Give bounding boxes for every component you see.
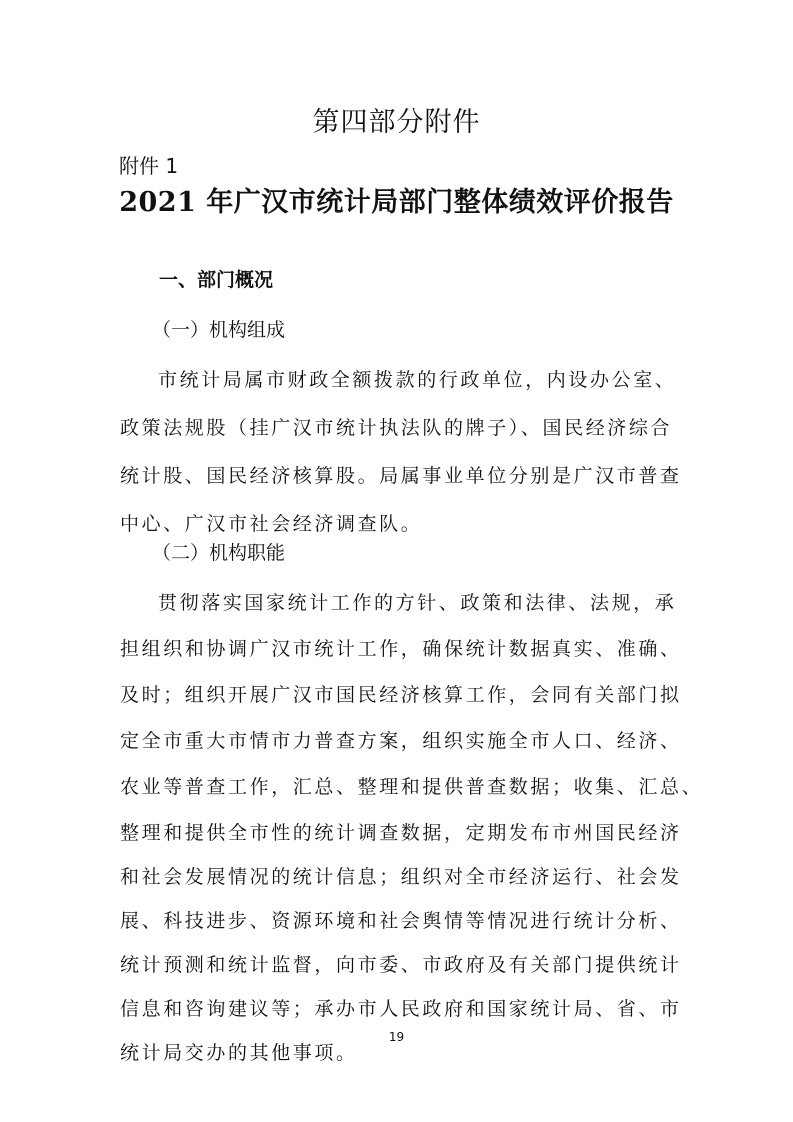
paragraph-line: 农业等普查工作，汇总、整理和提供普查数据；收集、汇总、 <box>120 772 703 799</box>
paragraph-line: 政策法规股（挂广汉市统计执法队的牌子）、国民经济综合 <box>120 413 672 440</box>
paragraph-line: 中心、广汉市社会经济调查队。 <box>120 509 422 536</box>
section-heading-department-overview: 一、部门概况 <box>159 265 273 292</box>
paragraph-line: 及时；组织开展广汉市国民经济核算工作，会同有关部门拟 <box>120 680 682 707</box>
paragraph-line: 信息和咨询建议等；承办市人民政府和国家统计局、省、市 <box>120 994 682 1021</box>
paragraph-line: 整理和提供全市性的统计调查数据，定期发布市州国民经济 <box>120 818 682 845</box>
paragraph-line: 贯彻落实国家统计工作的方针、政策和法律、法规，承 <box>158 588 676 615</box>
attachment-label: 附件 1 <box>119 150 178 179</box>
part-title: 第四部分附件 <box>0 100 793 139</box>
paragraph-line: 展、科技进步、资源环境和社会舆情等情况进行统计分析、 <box>120 906 682 933</box>
paragraph-line: 统计预测和统计监督，向市委、市政府及有关部门提供统计 <box>120 950 682 977</box>
subsection-heading-functions: （二）机构职能 <box>152 538 285 565</box>
paragraph-line: 统计股、国民经济核算股。局属事业单位分别是广汉市普查 <box>120 461 682 488</box>
report-title: 2021 年广汉市统计局部门整体绩效评价报告 <box>0 180 793 219</box>
paragraph-line: 和社会发展情况的统计信息；组织对全市经济运行、社会发 <box>120 862 682 889</box>
document-page: 第四部分附件 附件 1 2021 年广汉市统计局部门整体绩效评价报告 一、部门概… <box>0 0 793 1122</box>
paragraph-line: 担组织和协调广汉市统计工作，确保统计数据真实、准确、 <box>120 634 682 661</box>
page-number: 19 <box>0 1030 793 1044</box>
subsection-heading-organization: （一）机构组成 <box>152 315 285 342</box>
paragraph-line: 定全市重大市情市力普查方案，组织实施全市人口、经济、 <box>120 726 682 753</box>
paragraph-line: 市统计局属市财政全额拨款的行政单位，内设办公室、 <box>158 365 676 392</box>
